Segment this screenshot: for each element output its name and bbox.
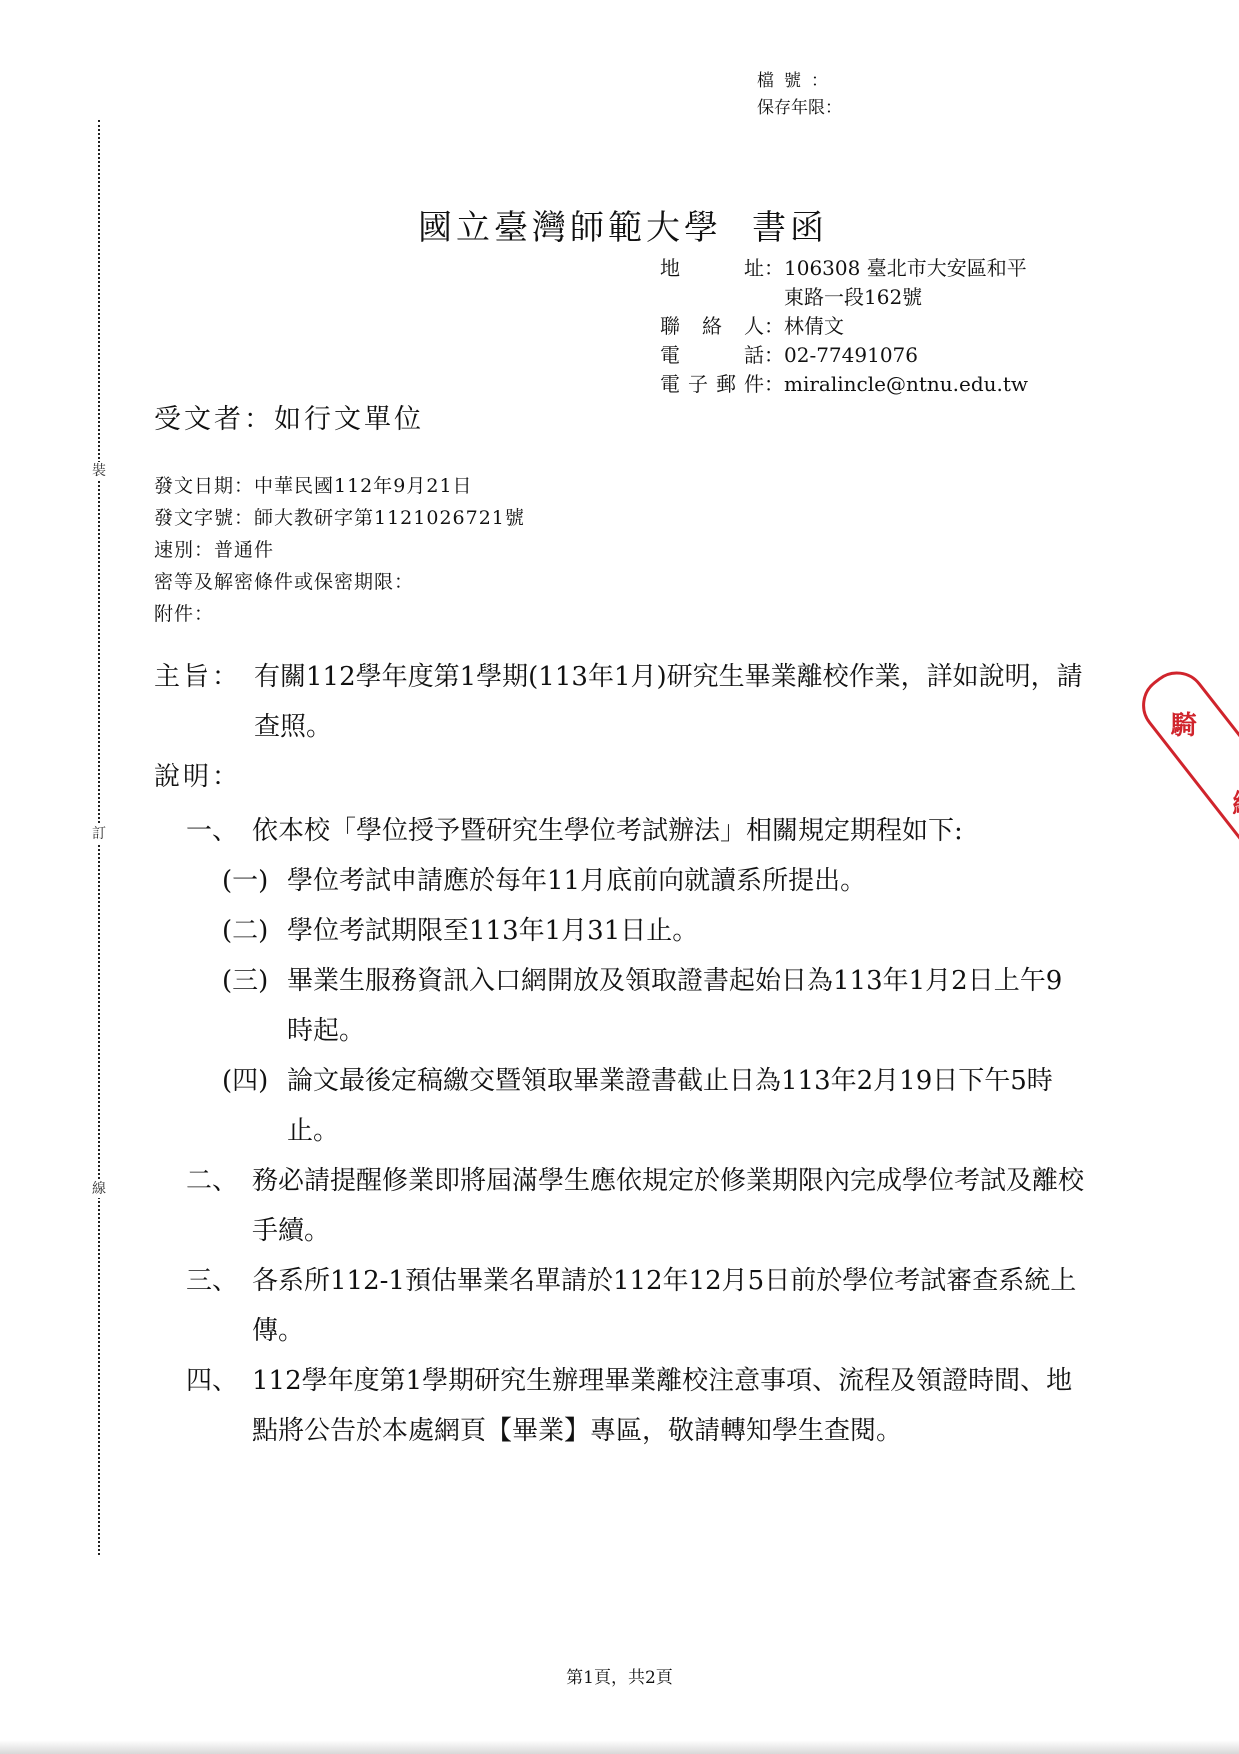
sub-list-item: (三)畢業生服務資訊入口網開放及領取證書起始日為113年1月2日上午9時起。 [222,956,1086,1056]
item-text: 依本校「學位授予暨研究生學位考試辦法」相關規定期程如下: [252,806,1086,856]
subject-label: 主旨： [154,652,241,702]
org-name: 國立臺灣師範大學 [418,208,722,248]
item-number: 一、 [186,806,238,856]
email-label: 電子郵件 [660,370,764,399]
doc-type: 書函 [752,208,828,248]
item-text: 各系所112-1預估畢業名單請於112年12月5日前於學位考試審查系統上傳。 [252,1256,1086,1356]
issue-info: 發文日期：中華民國112年9月21日 發文字號：師大教研字第1121026721… [154,470,525,630]
sub-list-item: (一)學位考試申請應於每年11月底前向就讀系所提出。 [222,856,1086,906]
stamp-char: 縫 [1232,784,1239,821]
sub-item-text: 學位考試申請應於每年11月底前向就讀系所提出。 [287,856,1086,906]
page-title: 國立臺灣師範大學書函 [418,200,828,249]
sub-list-item: (二)學位考試期限至113年1月31日止。 [222,906,1086,956]
item-text: 112學年度第1學期研究生辦理畢業離校注意事項、流程及領證時間、地點將公告於本處… [252,1356,1086,1456]
item-number: 二、 [186,1156,238,1206]
stamp-char: 騎 [1171,705,1197,742]
issue-ref-no: 發文字號：師大教研字第1121026721號 [154,502,525,534]
binding-label-top: 裝 [89,462,109,480]
contact-person: 林倩文 [784,312,1084,341]
sub-item-text: 學位考試期限至113年1月31日止。 [287,906,1086,956]
address-label: 地址 [660,254,764,283]
phone-value: 02-77491076 [784,341,1084,370]
page-number: 第1頁，共2頁 [0,1663,1239,1688]
retention-label: 保存年限： [757,95,842,122]
binding-label-middle: 訂 [89,825,109,843]
sub-list: (一)學位考試申請應於每年11月底前向就讀系所提出。 (二)學位考試期限至113… [222,856,1086,1156]
file-meta: 檔號： 保存年限： [757,68,842,122]
contact-block: 地址：106308 臺北市大安區和平 東路一段162號 聯絡人：林倩文 電話：0… [660,254,1084,399]
explanation-label: 說明： [154,756,241,793]
recipient: 受文者：如行文單位 [154,397,424,436]
address-line2: 東路一段162號 [784,283,1084,312]
sub-list-item: (四)論文最後定稿繳交暨領取畢業證書截止日為113年2月19日下午5時止。 [222,1056,1086,1156]
issue-date: 發文日期：中華民國112年9月21日 [154,470,525,502]
list-item: 二、 務必請提醒修業即將屆滿學生應依規定於修業期限內完成學位考試及離校手續。 [186,1156,1086,1256]
item-text: 務必請提醒修業即將屆滿學生應依規定於修業期限內完成學位考試及離校手續。 [252,1156,1086,1256]
sub-item-number: (四) [222,1056,268,1106]
contact-person-label: 聯絡人 [660,312,764,341]
sub-item-number: (二) [222,906,268,956]
issue-speed: 速別：普通件 [154,534,525,566]
email-value: miralincle@ntnu.edu.tw [784,370,1084,399]
list-item: 三、 各系所112-1預估畢業名單請於112年12月5日前於學位考試審查系統上傳… [186,1256,1086,1356]
seam-seal-stamp: 騎 縫 [1130,659,1239,870]
phone-label: 電話 [660,341,764,370]
binding-label-bottom: 線 [89,1180,109,1198]
issue-secrecy: 密等及解密條件或保密期限： [154,566,525,598]
address-line1: 106308 臺北市大安區和平 [784,254,1084,283]
sub-item-text: 論文最後定稿繳交暨領取畢業證書截止日為113年2月19日下午5時止。 [287,1056,1086,1156]
sub-item-text: 畢業生服務資訊入口網開放及領取證書起始日為113年1月2日上午9時起。 [287,956,1086,1056]
issue-attachment: 附件： [154,598,525,630]
subject-text: 有關112學年度第1學期(113年1月)研究生畢業離校作業，詳如說明，請查照。 [254,652,1084,752]
list-item: 一、 依本校「學位授予暨研究生學位考試辦法」相關規定期程如下: (一)學位考試申… [186,806,1086,1156]
item-number: 三、 [186,1256,238,1306]
item-number: 四、 [186,1356,238,1406]
sub-item-number: (一) [222,856,268,906]
document-page: 裝 訂 線 檔號： 保存年限： 國立臺灣師範大學書函 地址：106308 臺北市… [0,0,1239,1740]
file-number-label: 檔號： [757,68,842,95]
subject: 主旨： 有關112學年度第1學期(113年1月)研究生畢業離校作業，詳如說明，請… [154,652,1084,752]
page-bottom-shadow [0,1740,1239,1754]
list-item: 四、 112學年度第1學期研究生辦理畢業離校注意事項、流程及領證時間、地點將公告… [186,1356,1086,1456]
explanation-list: 一、 依本校「學位授予暨研究生學位考試辦法」相關規定期程如下: (一)學位考試申… [186,806,1086,1456]
sub-item-number: (三) [222,956,268,1006]
